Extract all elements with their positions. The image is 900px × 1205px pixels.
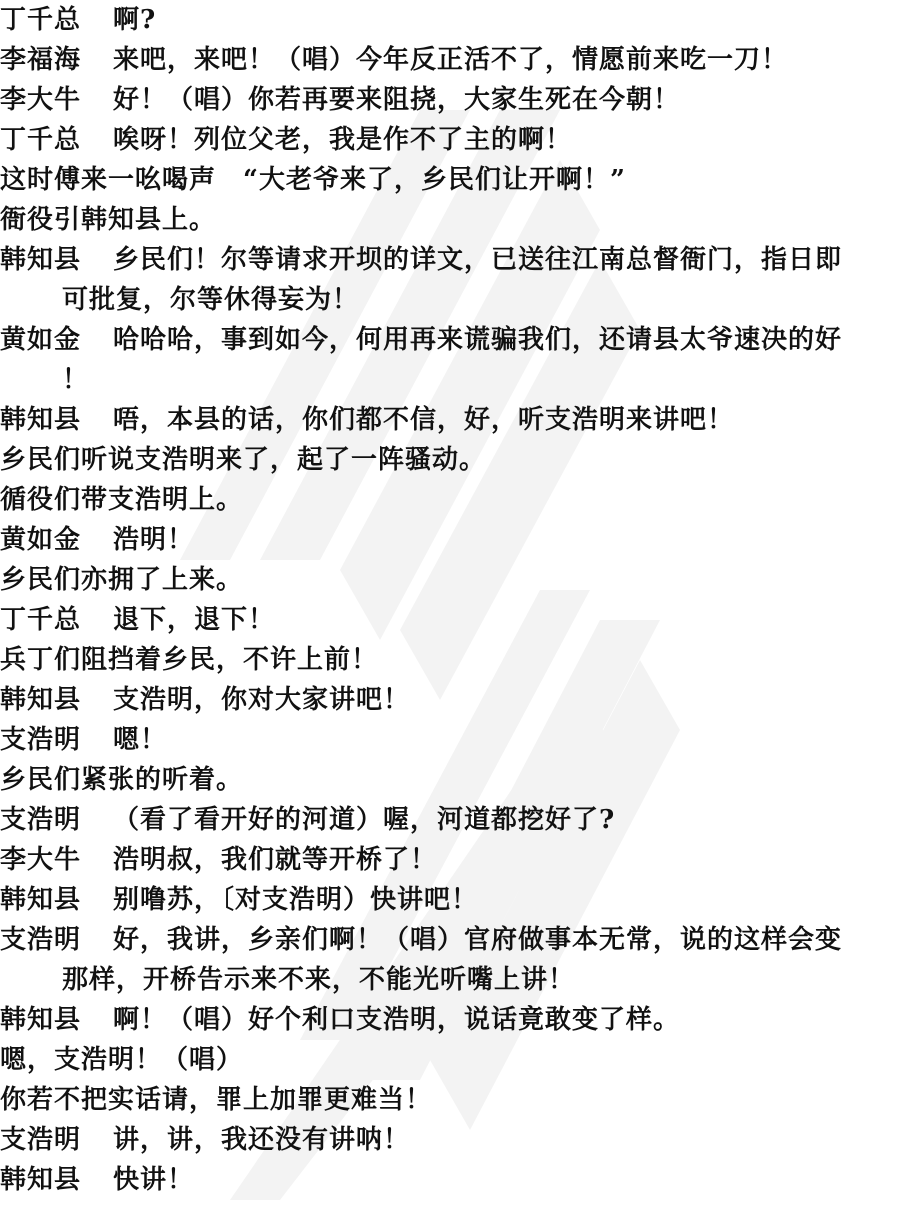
dialogue-line: 韩知县快讲！ bbox=[0, 1160, 900, 1200]
stage-direction: 乡民们紧张的听着。 bbox=[0, 760, 900, 800]
dialogue-continuation: 可批复，尔等休得妄为！ bbox=[0, 280, 900, 320]
dialogue-line: 韩知县乡民们！尔等请求开坝的详文，已送往江南总督衙门，指日即 bbox=[0, 240, 900, 280]
speaker-name: 韩知县 bbox=[0, 1000, 113, 1040]
stage-direction: 你若不把实话请，罪上加罪更难当！ bbox=[0, 1080, 900, 1120]
stage-direction: 兵丁们阻挡着乡民，不许上前！ bbox=[0, 640, 900, 680]
speaker-name: 支浩明 bbox=[0, 1120, 113, 1160]
speaker-name: 黄如金 bbox=[0, 320, 113, 360]
stage-direction-text: 嗯，支浩明！（唱） bbox=[0, 1045, 243, 1075]
dialogue-text: （看了看开好的河道）喔，河道都挖好了? bbox=[113, 805, 615, 835]
dialogue-line: 李大牛好！（唱）你若再要来阻挠，大家生死在今朝！ bbox=[0, 80, 900, 120]
stage-direction: 嗯，支浩明！（唱） bbox=[0, 1040, 900, 1080]
dialogue-text: 浩明叔，我们就等开桥了！ bbox=[113, 845, 437, 875]
dialogue-text: 退下，退下！ bbox=[113, 605, 275, 635]
dialogue-continuation: ！ bbox=[0, 360, 900, 400]
stage-direction-text: 乡民们亦拥了上来。 bbox=[0, 565, 243, 595]
dialogue-line: 丁千总啊? bbox=[0, 0, 900, 40]
stage-direction-text: 循役们带支浩明上。 bbox=[0, 485, 243, 515]
dialogue-text: 快讲！ bbox=[113, 1165, 194, 1195]
script-page: 丁千总啊?李福海来吧，来吧！（唱）今年反正活不了，情愿前来吃一刀！李大牛好！（唱… bbox=[0, 0, 900, 1200]
stage-direction-text: 衙役引韩知县上。 bbox=[0, 205, 216, 235]
speaker-name: 黄如金 bbox=[0, 520, 113, 560]
dialogue-line: 支浩明好，我讲，乡亲们啊！（唱）官府做事本无常，说的这样会变 bbox=[0, 920, 900, 960]
dialogue-line: 黄如金浩明！ bbox=[0, 520, 900, 560]
dialogue-text: 嗯！ bbox=[113, 725, 167, 755]
speaker-name: 支浩明 bbox=[0, 920, 113, 960]
speaker-name: 李大牛 bbox=[0, 80, 113, 120]
dialogue-text: 支浩明，你对大家讲吧！ bbox=[113, 685, 410, 715]
dialogue-line: 韩知县别噜苏，〔对支浩明）快讲吧！ bbox=[0, 880, 900, 920]
dialogue-line: 韩知县唔，本县的话，你们都不信，好，听支浩明来讲吧！ bbox=[0, 400, 900, 440]
speaker-name: 支浩明 bbox=[0, 720, 113, 760]
stage-direction-text: 这时傅来一吆喝声 “大老爷来了，乡民们让开啊！” bbox=[0, 165, 626, 195]
dialogue-text: 唉呀！列位父老，我是作不了主的啊！ bbox=[113, 125, 572, 155]
dialogue-line: 丁千总退下，退下！ bbox=[0, 600, 900, 640]
stage-direction: 乡民们亦拥了上来。 bbox=[0, 560, 900, 600]
speaker-name: 韩知县 bbox=[0, 680, 113, 720]
dialogue-line: 黄如金哈哈哈，事到如今，何用再来谎骗我们，还请县太爷速决的好 bbox=[0, 320, 900, 360]
dialogue-text: 哈哈哈，事到如今，何用再来谎骗我们，还请县太爷速决的好 bbox=[113, 325, 842, 355]
dialogue-line: 支浩明讲，讲，我还没有讲呐！ bbox=[0, 1120, 900, 1160]
dialogue-text: 来吧，来吧！（唱）今年反正活不了，情愿前来吃一刀！ bbox=[113, 45, 788, 75]
dialogue-continuation: 那样，开桥告示来不来，不能光听嘴上讲！ bbox=[0, 960, 900, 1000]
speaker-name: 韩知县 bbox=[0, 1160, 113, 1200]
stage-direction: 乡民们听说支浩明来了，起了一阵骚动。 bbox=[0, 440, 900, 480]
dialogue-line: 支浩明（看了看开好的河道）喔，河道都挖好了? bbox=[0, 800, 900, 840]
stage-direction: 循役们带支浩明上。 bbox=[0, 480, 900, 520]
dialogue-text: 讲，讲，我还没有讲呐！ bbox=[113, 1125, 410, 1155]
stage-direction-text: 乡民们紧张的听着。 bbox=[0, 765, 243, 795]
dialogue-line: 韩知县支浩明，你对大家讲吧！ bbox=[0, 680, 900, 720]
dialogue-text: 啊！（唱）好个利口支浩明，说话竟敢变了样。 bbox=[113, 1005, 680, 1035]
stage-direction: 衙役引韩知县上。 bbox=[0, 200, 900, 240]
dialogue-line: 李大牛浩明叔，我们就等开桥了！ bbox=[0, 840, 900, 880]
stage-direction-text: 兵丁们阻挡着乡民，不许上前！ bbox=[0, 645, 378, 675]
dialogue-line: 李福海来吧，来吧！（唱）今年反正活不了，情愿前来吃一刀！ bbox=[0, 40, 900, 80]
speaker-name: 丁千总 bbox=[0, 0, 113, 40]
dialogue-text: 乡民们！尔等请求开坝的详文，已送往江南总督衙门，指日即 bbox=[113, 245, 842, 275]
speaker-name: 丁千总 bbox=[0, 120, 113, 160]
dialogue-text: 啊? bbox=[113, 5, 156, 35]
dialogue-line: 支浩明嗯！ bbox=[0, 720, 900, 760]
dialogue-text: 别噜苏，〔对支浩明）快讲吧！ bbox=[113, 885, 478, 915]
speaker-name: 支浩明 bbox=[0, 800, 113, 840]
speaker-name: 丁千总 bbox=[0, 600, 113, 640]
speaker-name: 韩知县 bbox=[0, 240, 113, 280]
stage-direction: 这时傅来一吆喝声 “大老爷来了，乡民们让开啊！” bbox=[0, 160, 900, 200]
speaker-name: 李大牛 bbox=[0, 840, 113, 880]
speaker-name: 李福海 bbox=[0, 40, 113, 80]
stage-direction-text: 乡民们听说支浩明来了，起了一阵骚动。 bbox=[0, 445, 486, 475]
dialogue-line: 丁千总唉呀！列位父老，我是作不了主的啊！ bbox=[0, 120, 900, 160]
speaker-name: 韩知县 bbox=[0, 880, 113, 920]
dialogue-line: 韩知县啊！（唱）好个利口支浩明，说话竟敢变了样。 bbox=[0, 1000, 900, 1040]
dialogue-text: 好，我讲，乡亲们啊！（唱）官府做事本无常，说的这样会变 bbox=[113, 925, 842, 955]
stage-direction-text: 你若不把实话请，罪上加罪更难当！ bbox=[0, 1085, 432, 1115]
dialogue-text: 浩明！ bbox=[113, 525, 194, 555]
dialogue-text: 好！（唱）你若再要来阻挠，大家生死在今朝！ bbox=[113, 85, 680, 115]
speaker-name: 韩知县 bbox=[0, 400, 113, 440]
dialogue-text: 唔，本县的话，你们都不信，好，听支浩明来讲吧！ bbox=[113, 405, 734, 435]
